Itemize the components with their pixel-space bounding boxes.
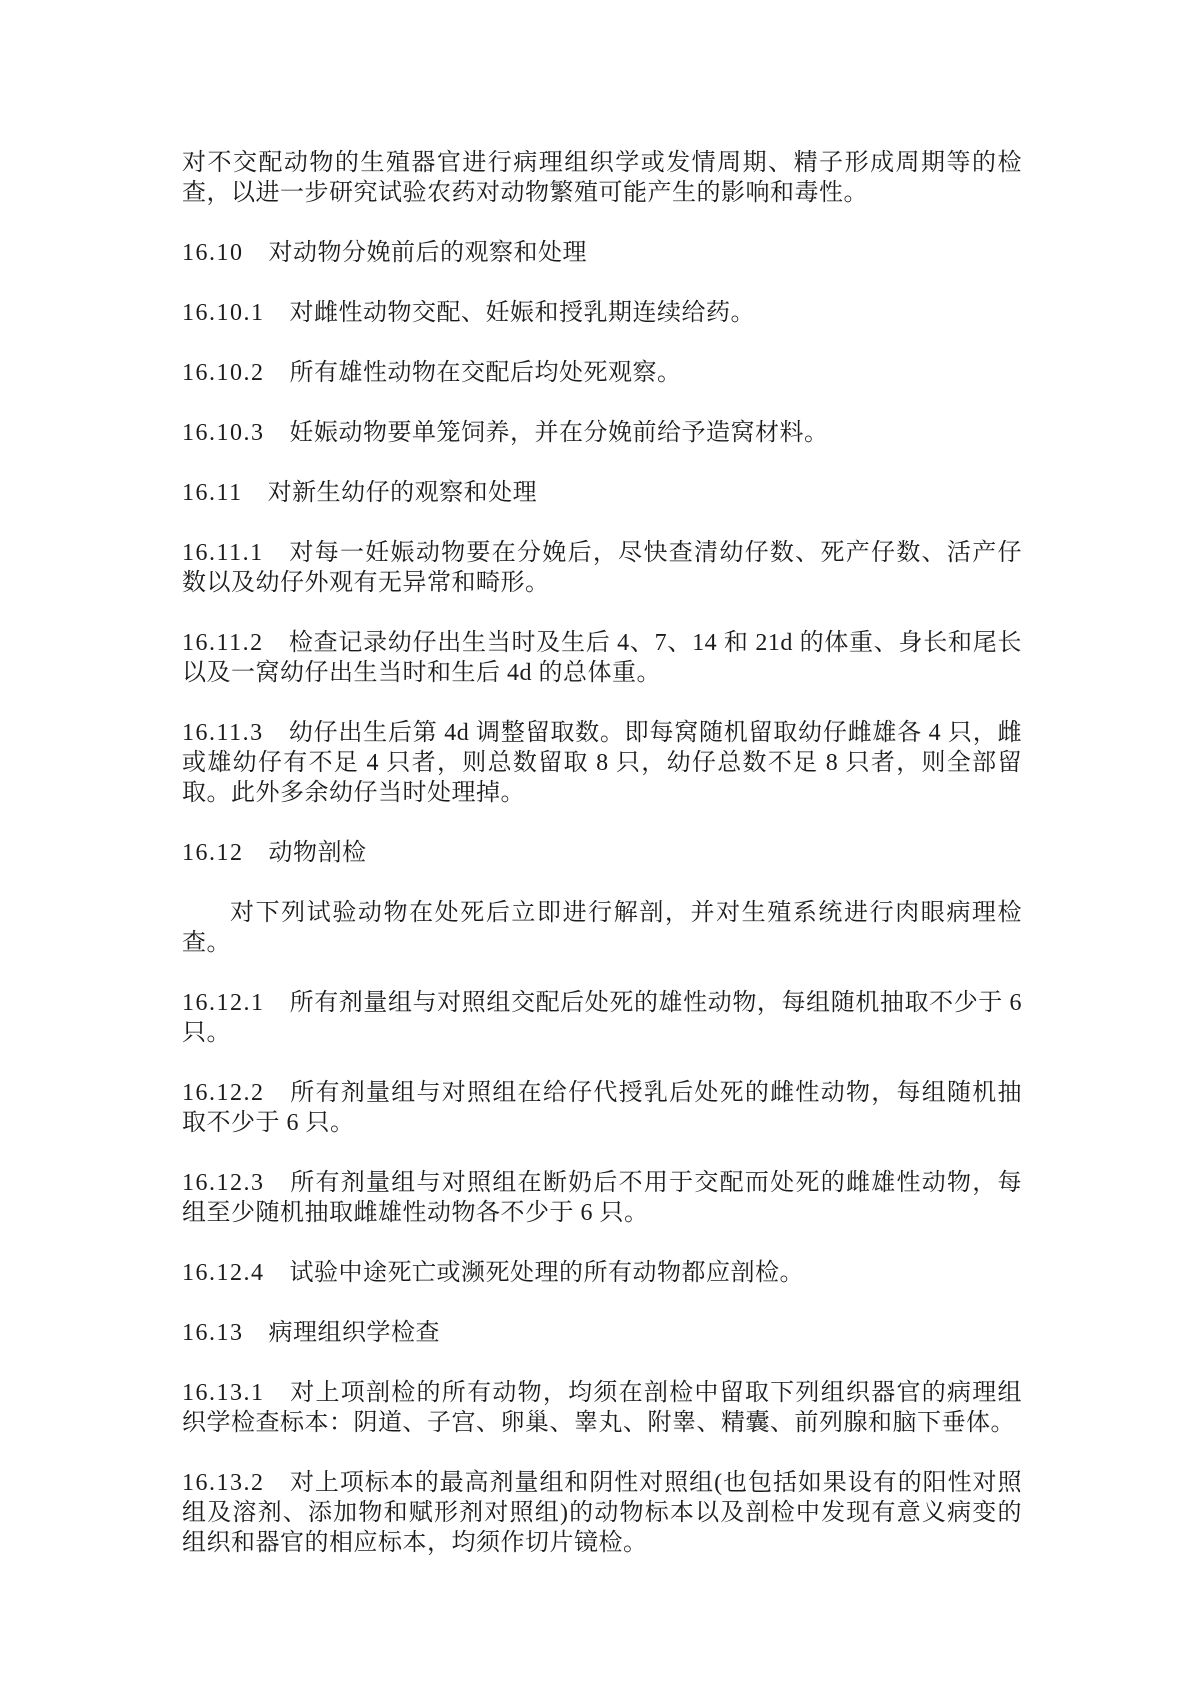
- clause-16-11-1: 16.11.1对每一妊娠动物要在分娩后，尽快查清幼仔数、死产仔数、活产仔数以及幼…: [182, 538, 1022, 598]
- section-heading-16-13: 16.13病理组织学检查: [182, 1318, 1022, 1348]
- clause-text: 试验中途死亡或濒死处理的所有动物都应剖检。: [290, 1260, 805, 1286]
- clause-16-13-1: 16.13.1对上项剖检的所有动物，均须在剖检中留取下列组织器官的病理组织学检查…: [182, 1378, 1022, 1438]
- section-number: 16.12: [182, 840, 244, 866]
- clause-16-10-2: 16.10.2所有雄性动物在交配后均处死观察。: [182, 358, 1022, 388]
- clause-16-10-3: 16.10.3妊娠动物要单笼饲养，并在分娩前给予造窝材料。: [182, 418, 1022, 448]
- clause-text: 幼仔出生后第 4d 调整留取数。即每窝随机留取幼仔雌雄各 4 只，雌或雄幼仔有不…: [182, 720, 1022, 806]
- clause-text: 所有雄性动物在交配后均处死观察。: [290, 360, 682, 386]
- clause-16-12-4: 16.12.4试验中途死亡或濒死处理的所有动物都应剖检。: [182, 1258, 1022, 1288]
- clause-text: 对上项标本的最高剂量组和阴性对照组(也包括如果设有的阳性对照组及溶剂、添加物和赋…: [182, 1470, 1022, 1556]
- clause-text: 对雌性动物交配、妊娠和授乳期连续给药。: [290, 300, 756, 326]
- clause-number: 16.13.1: [182, 1380, 265, 1406]
- clause-number: 16.12.1: [182, 990, 265, 1016]
- clause-text: 所有剂量组与对照组在断奶后不用于交配而处死的雌雄性动物，每组至少随机抽取雌雄性动…: [182, 1170, 1022, 1226]
- clause-16-12-1: 16.12.1所有剂量组与对照组交配后处死的雄性动物，每组随机抽取不少于 6 只…: [182, 988, 1022, 1048]
- clause-text: 对每一妊娠动物要在分娩后，尽快查清幼仔数、死产仔数、活产仔数以及幼仔外观有无异常…: [182, 540, 1022, 596]
- clause-16-13-2: 16.13.2对上项标本的最高剂量组和阴性对照组(也包括如果设有的阳性对照组及溶…: [182, 1468, 1022, 1558]
- clause-number: 16.12.2: [182, 1080, 265, 1106]
- section-number: 16.13: [182, 1320, 244, 1346]
- clause-number: 16.13.2: [182, 1470, 265, 1496]
- clause-number: 16.11.3: [182, 720, 264, 746]
- section-heading-16-11: 16.11对新生幼仔的观察和处理: [182, 478, 1022, 508]
- paragraph-continuation: 对不交配动物的生殖器官进行病理组织学或发情周期、精子形成周期等的检查，以进一步研…: [182, 148, 1022, 208]
- section-heading-16-12: 16.12动物剖检: [182, 838, 1022, 868]
- clause-16-12-3: 16.12.3所有剂量组与对照组在断奶后不用于交配而处死的雌雄性动物，每组至少随…: [182, 1168, 1022, 1228]
- clause-text: 检查记录幼仔出生当时及生后 4、7、14 和 21d 的体重、身长和尾长以及一窝…: [182, 630, 1022, 686]
- section-title: 对动物分娩前后的观察和处理: [269, 240, 588, 266]
- clause-16-12-2: 16.12.2所有剂量组与对照组在给仔代授乳后处死的雌性动物，每组随机抽取不少于…: [182, 1078, 1022, 1138]
- clause-number: 16.12.3: [182, 1170, 265, 1196]
- clause-text: 对上项剖检的所有动物，均须在剖检中留取下列组织器官的病理组织学检查标本：阴道、子…: [182, 1380, 1022, 1436]
- clause-number: 16.11.2: [182, 630, 264, 656]
- clause-16-10-1: 16.10.1对雌性动物交配、妊娠和授乳期连续给药。: [182, 298, 1022, 328]
- clause-16-11-2: 16.11.2检查记录幼仔出生当时及生后 4、7、14 和 21d 的体重、身长…: [182, 628, 1022, 688]
- clause-number: 16.10.1: [182, 300, 265, 326]
- section-number: 16.11: [182, 480, 243, 506]
- clause-text: 所有剂量组与对照组交配后处死的雄性动物，每组随机抽取不少于 6 只。: [182, 990, 1022, 1046]
- section-title: 动物剖检: [269, 840, 367, 866]
- clause-number: 16.12.4: [182, 1260, 265, 1286]
- clause-number: 16.11.1: [182, 540, 264, 566]
- section-heading-16-10: 16.10对动物分娩前后的观察和处理: [182, 238, 1022, 268]
- intro-paragraph-16-12: 对下列试验动物在处死后立即进行解剖，并对生殖系统进行肉眼病理检查。: [182, 898, 1022, 958]
- clause-number: 16.10.2: [182, 360, 265, 386]
- document-page: 对不交配动物的生殖器官进行病理组织学或发情周期、精子形成周期等的检查，以进一步研…: [0, 0, 1200, 1696]
- section-title: 病理组织学检查: [269, 1320, 441, 1346]
- clause-text: 妊娠动物要单笼饲养，并在分娩前给予造窝材料。: [290, 420, 829, 446]
- section-title: 对新生幼仔的观察和处理: [268, 480, 538, 506]
- section-number: 16.10: [182, 240, 244, 266]
- clause-text: 所有剂量组与对照组在给仔代授乳后处死的雌性动物，每组随机抽取不少于 6 只。: [182, 1080, 1022, 1136]
- clause-16-11-3: 16.11.3幼仔出生后第 4d 调整留取数。即每窝随机留取幼仔雌雄各 4 只，…: [182, 718, 1022, 808]
- clause-number: 16.10.3: [182, 420, 265, 446]
